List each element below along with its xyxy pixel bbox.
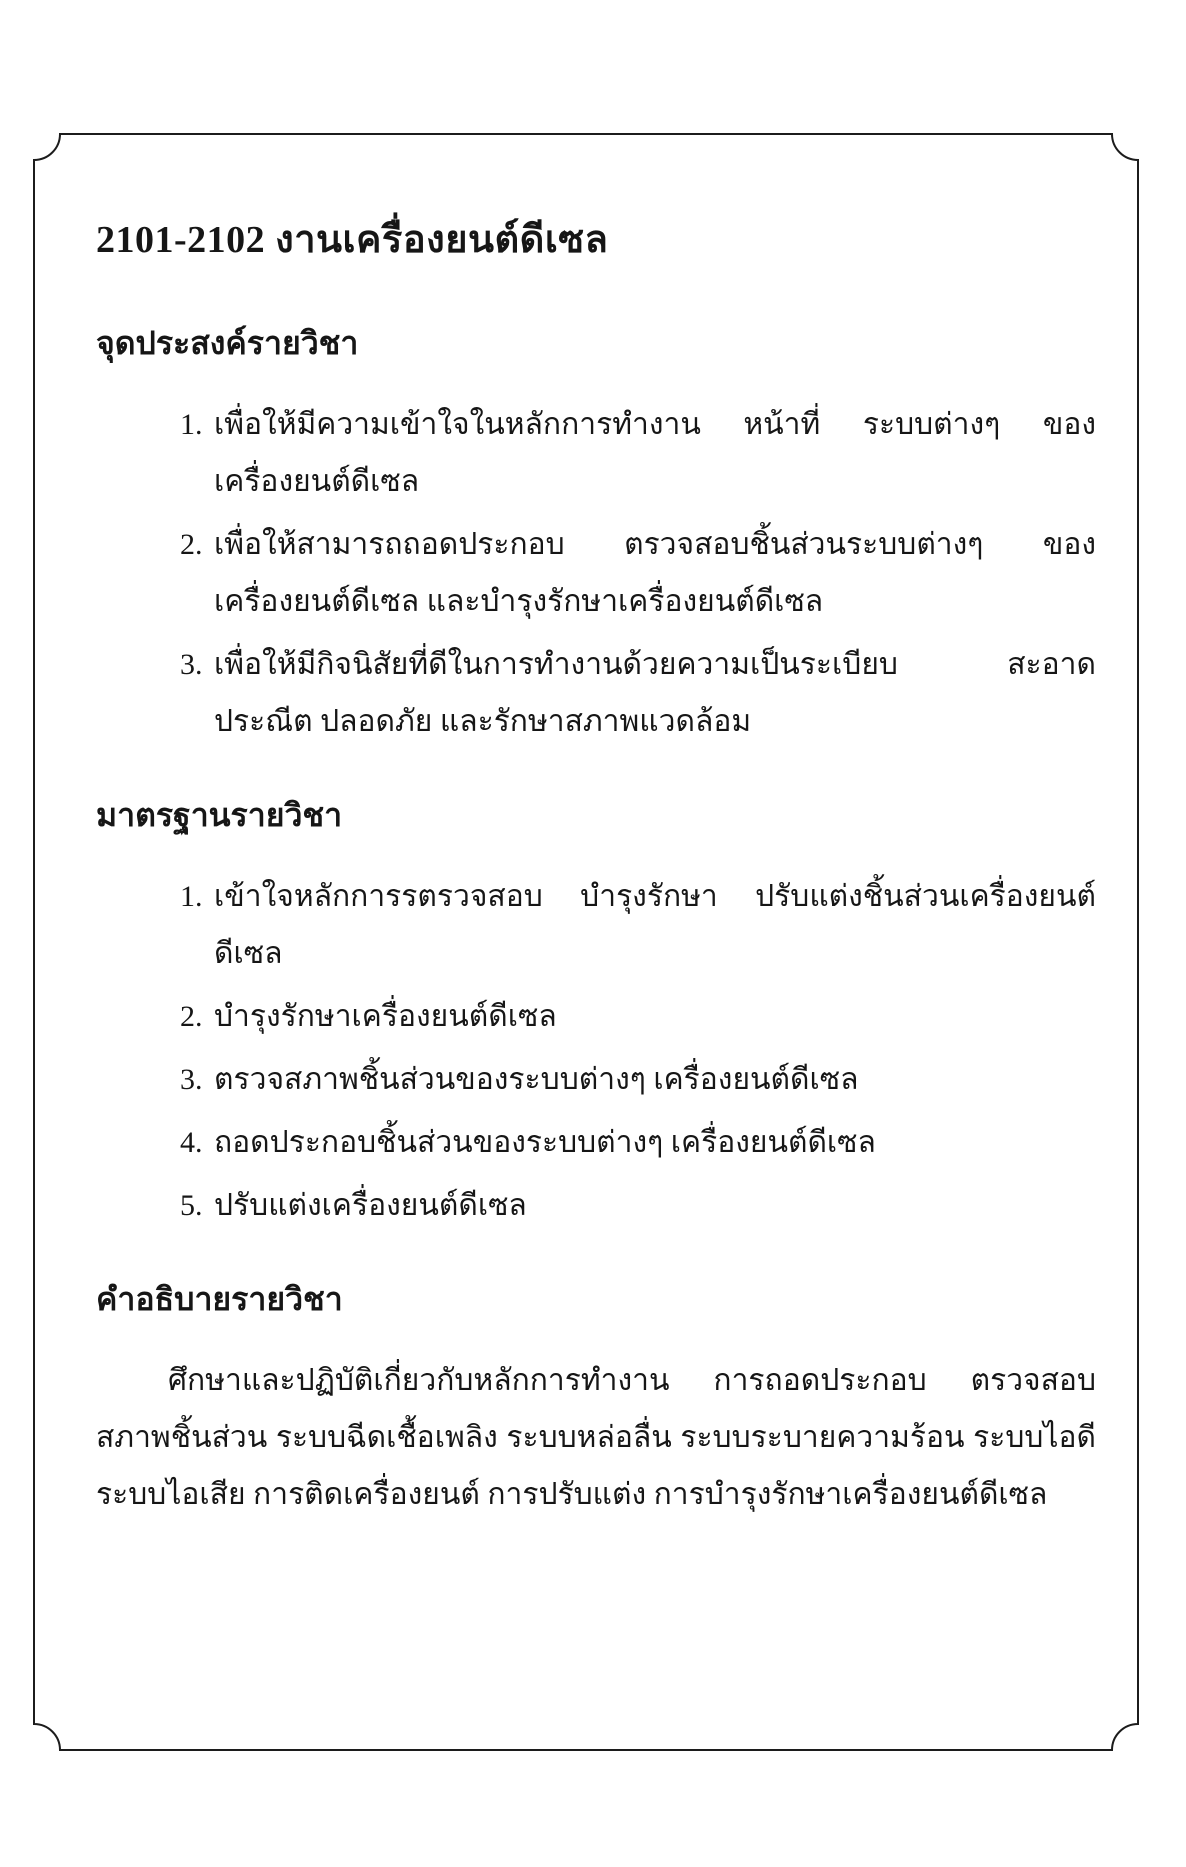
item-text: บำรุงรักษาเครื่องยนต์ดีเซล xyxy=(214,988,1096,1045)
section-standards: มาตรฐานรายวิชา 1. เข้าใจหลักการรตรวจสอบ … xyxy=(96,792,1096,1234)
item-text: ตรวจสภาพชิ้นส่วนของระบบต่างๆ เครื่องยนต์… xyxy=(214,1051,1096,1108)
objective-item-3: 3. เพื่อให้มีกิจนิสัยที่ดีในการทำงานด้วย… xyxy=(96,636,1096,750)
standard-item-5: 5. ปรับแต่งเครื่องยนต์ดีเซล xyxy=(96,1177,1096,1234)
section-description: คำอธิบายรายวิชา ศึกษาและปฏิบัติเกี่ยวกับ… xyxy=(96,1276,1096,1523)
standard-item-2: 2. บำรุงรักษาเครื่องยนต์ดีเซล xyxy=(96,988,1096,1045)
standard-item-3: 3. ตรวจสภาพชิ้นส่วนของระบบต่างๆ เครื่องย… xyxy=(96,1051,1096,1108)
item-number: 4. xyxy=(180,1114,214,1171)
item-text: เข้าใจหลักการรตรวจสอบ บำรุงรักษา ปรับแต่… xyxy=(214,868,1096,982)
section-heading-objectives: จุดประสงค์รายวิชา xyxy=(96,320,1096,366)
objective-item-1: 1. เพื่อให้มีความเข้าใจในหลักการทำงาน หน… xyxy=(96,396,1096,510)
document-page: 2101-2102 งานเครื่องยนต์ดีเซล จุดประสงค์… xyxy=(0,0,1186,1867)
item-text: ปรับแต่งเครื่องยนต์ดีเซล xyxy=(214,1177,1096,1234)
item-number: 1. xyxy=(180,868,214,982)
item-number: 5. xyxy=(180,1177,214,1234)
standard-item-4: 4. ถอดประกอบชิ้นส่วนของระบบต่างๆ เครื่อง… xyxy=(96,1114,1096,1171)
item-number: 3. xyxy=(180,636,214,750)
standard-item-1: 1. เข้าใจหลักการรตรวจสอบ บำรุงรักษา ปรับ… xyxy=(96,868,1096,982)
section-objectives: จุดประสงค์รายวิชา 1. เพื่อให้มีความเข้าใ… xyxy=(96,320,1096,750)
item-text: เพื่อให้มีกิจนิสัยที่ดีในการทำงานด้วยควา… xyxy=(214,636,1096,750)
objective-item-2: 2. เพื่อให้สามารถถอดประกอบ ตรวจสอบชิ้นส่… xyxy=(96,516,1096,630)
page-content: 2101-2102 งานเครื่องยนต์ดีเซล จุดประสงค์… xyxy=(96,214,1096,1523)
item-number: 3. xyxy=(180,1051,214,1108)
item-text: ถอดประกอบชิ้นส่วนของระบบต่างๆ เครื่องยนต… xyxy=(214,1114,1096,1171)
description-paragraph: ศึกษาและปฏิบัติเกี่ยวกับหลักการทำงาน การ… xyxy=(96,1352,1096,1523)
standards-list: 1. เข้าใจหลักการรตรวจสอบ บำรุงรักษา ปรับ… xyxy=(96,868,1096,1234)
course-title: 2101-2102 งานเครื่องยนต์ดีเซล xyxy=(96,214,1096,266)
item-number: 2. xyxy=(180,516,214,630)
section-heading-description: คำอธิบายรายวิชา xyxy=(96,1276,1096,1322)
objectives-list: 1. เพื่อให้มีความเข้าใจในหลักการทำงาน หน… xyxy=(96,396,1096,750)
item-text: เพื่อให้มีความเข้าใจในหลักการทำงาน หน้าท… xyxy=(214,396,1096,510)
item-number: 1. xyxy=(180,396,214,510)
section-heading-standards: มาตรฐานรายวิชา xyxy=(96,792,1096,838)
item-text: เพื่อให้สามารถถอดประกอบ ตรวจสอบชิ้นส่วนร… xyxy=(214,516,1096,630)
item-number: 2. xyxy=(180,988,214,1045)
